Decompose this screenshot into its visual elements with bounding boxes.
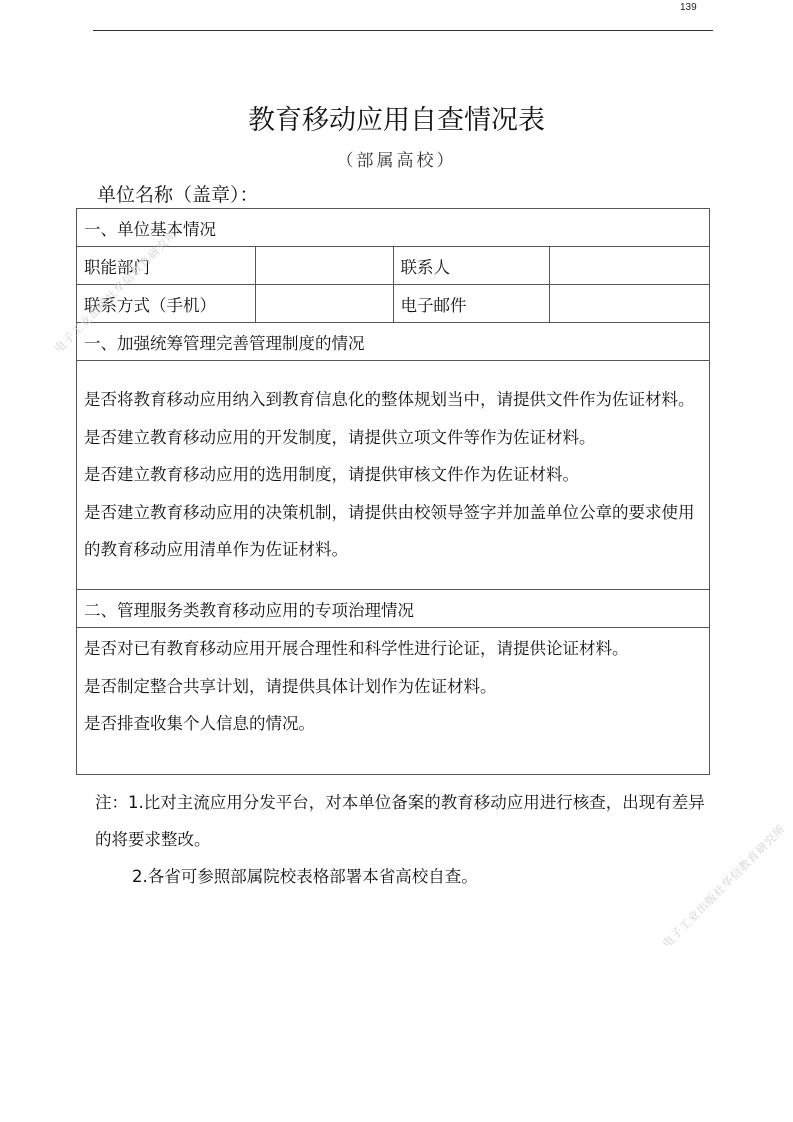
note-2: 2.各省可参照部属院校表格部署本省高校自查。 <box>95 858 720 895</box>
table-row: 职能部门 联系人 <box>77 247 710 285</box>
list-item: 是否对已有教育移动应用开展合理性和科学性进行论证，请提供论证材料。 <box>84 630 702 668</box>
list-item: 是否建立教育移动应用的决策机制，请提供由校领导签字并加盖单位公章的要求使用的教育… <box>84 494 702 569</box>
phone-field[interactable] <box>255 285 393 323</box>
list-item: 是否建立教育移动应用的开发制度，请提供立项文件等作为佐证材料。 <box>84 419 702 457</box>
list-item: 是否排查收集个人信息的情况。 <box>84 705 702 743</box>
section-governance-content: 是否对已有教育移动应用开展合理性和科学性进行论证，请提供论证材料。 是否制定整合… <box>77 628 710 775</box>
list-item: 是否制定整合共享计划，请提供具体计划作为佐证材料。 <box>84 668 702 706</box>
contact-person-field[interactable] <box>550 247 710 285</box>
list-item: 是否将教育移动应用纳入到教育信息化的整体规划当中，请提供文件作为佐证材料。 <box>84 381 702 419</box>
table-row: 联系方式（手机） 电子邮件 <box>77 285 710 323</box>
note-1: 注：1.比对主流应用分发平台，对本单位备案的教育移动应用进行核查，出现有差异的将… <box>95 784 720 858</box>
notes: 注：1.比对主流应用分发平台，对本单位备案的教育移动应用进行核查，出现有差异的将… <box>95 784 720 895</box>
list-item: 是否建立教育移动应用的选用制度，请提供审核文件作为佐证材料。 <box>84 456 702 494</box>
page-number: 139 <box>680 2 697 13</box>
section-management-header-row: 一、加强统筹管理完善管理制度的情况 <box>77 323 710 361</box>
section-governance-header: 二、管理服务类教育移动应用的专项治理情况 <box>77 590 710 628</box>
section-management-content-row: 是否将教育移动应用纳入到教育信息化的整体规划当中，请提供文件作为佐证材料。 是否… <box>77 361 710 590</box>
header-rule <box>93 30 713 31</box>
department-label: 职能部门 <box>77 247 256 285</box>
section-governance-header-row: 二、管理服务类教育移动应用的专项治理情况 <box>77 590 710 628</box>
section-management-content: 是否将教育移动应用纳入到教育信息化的整体规划当中，请提供文件作为佐证材料。 是否… <box>77 361 710 590</box>
section-management-header: 一、加强统筹管理完善管理制度的情况 <box>77 323 710 361</box>
page-title: 教育移动应用自查情况表 <box>0 98 793 137</box>
page-subtitle: （部属高校） <box>0 146 793 171</box>
section-governance-content-row: 是否对已有教育移动应用开展合理性和科学性进行论证，请提供论证材料。 是否制定整合… <box>77 628 710 775</box>
contact-person-label: 联系人 <box>393 247 550 285</box>
self-check-form-table: 一、单位基本情况 职能部门 联系人 联系方式（手机） 电子邮件 一、加强统筹管理… <box>76 208 710 775</box>
email-field[interactable] <box>550 285 710 323</box>
email-label: 电子邮件 <box>393 285 550 323</box>
department-field[interactable] <box>255 247 393 285</box>
unit-name-label: 单位名称（盖章）： <box>97 180 259 207</box>
